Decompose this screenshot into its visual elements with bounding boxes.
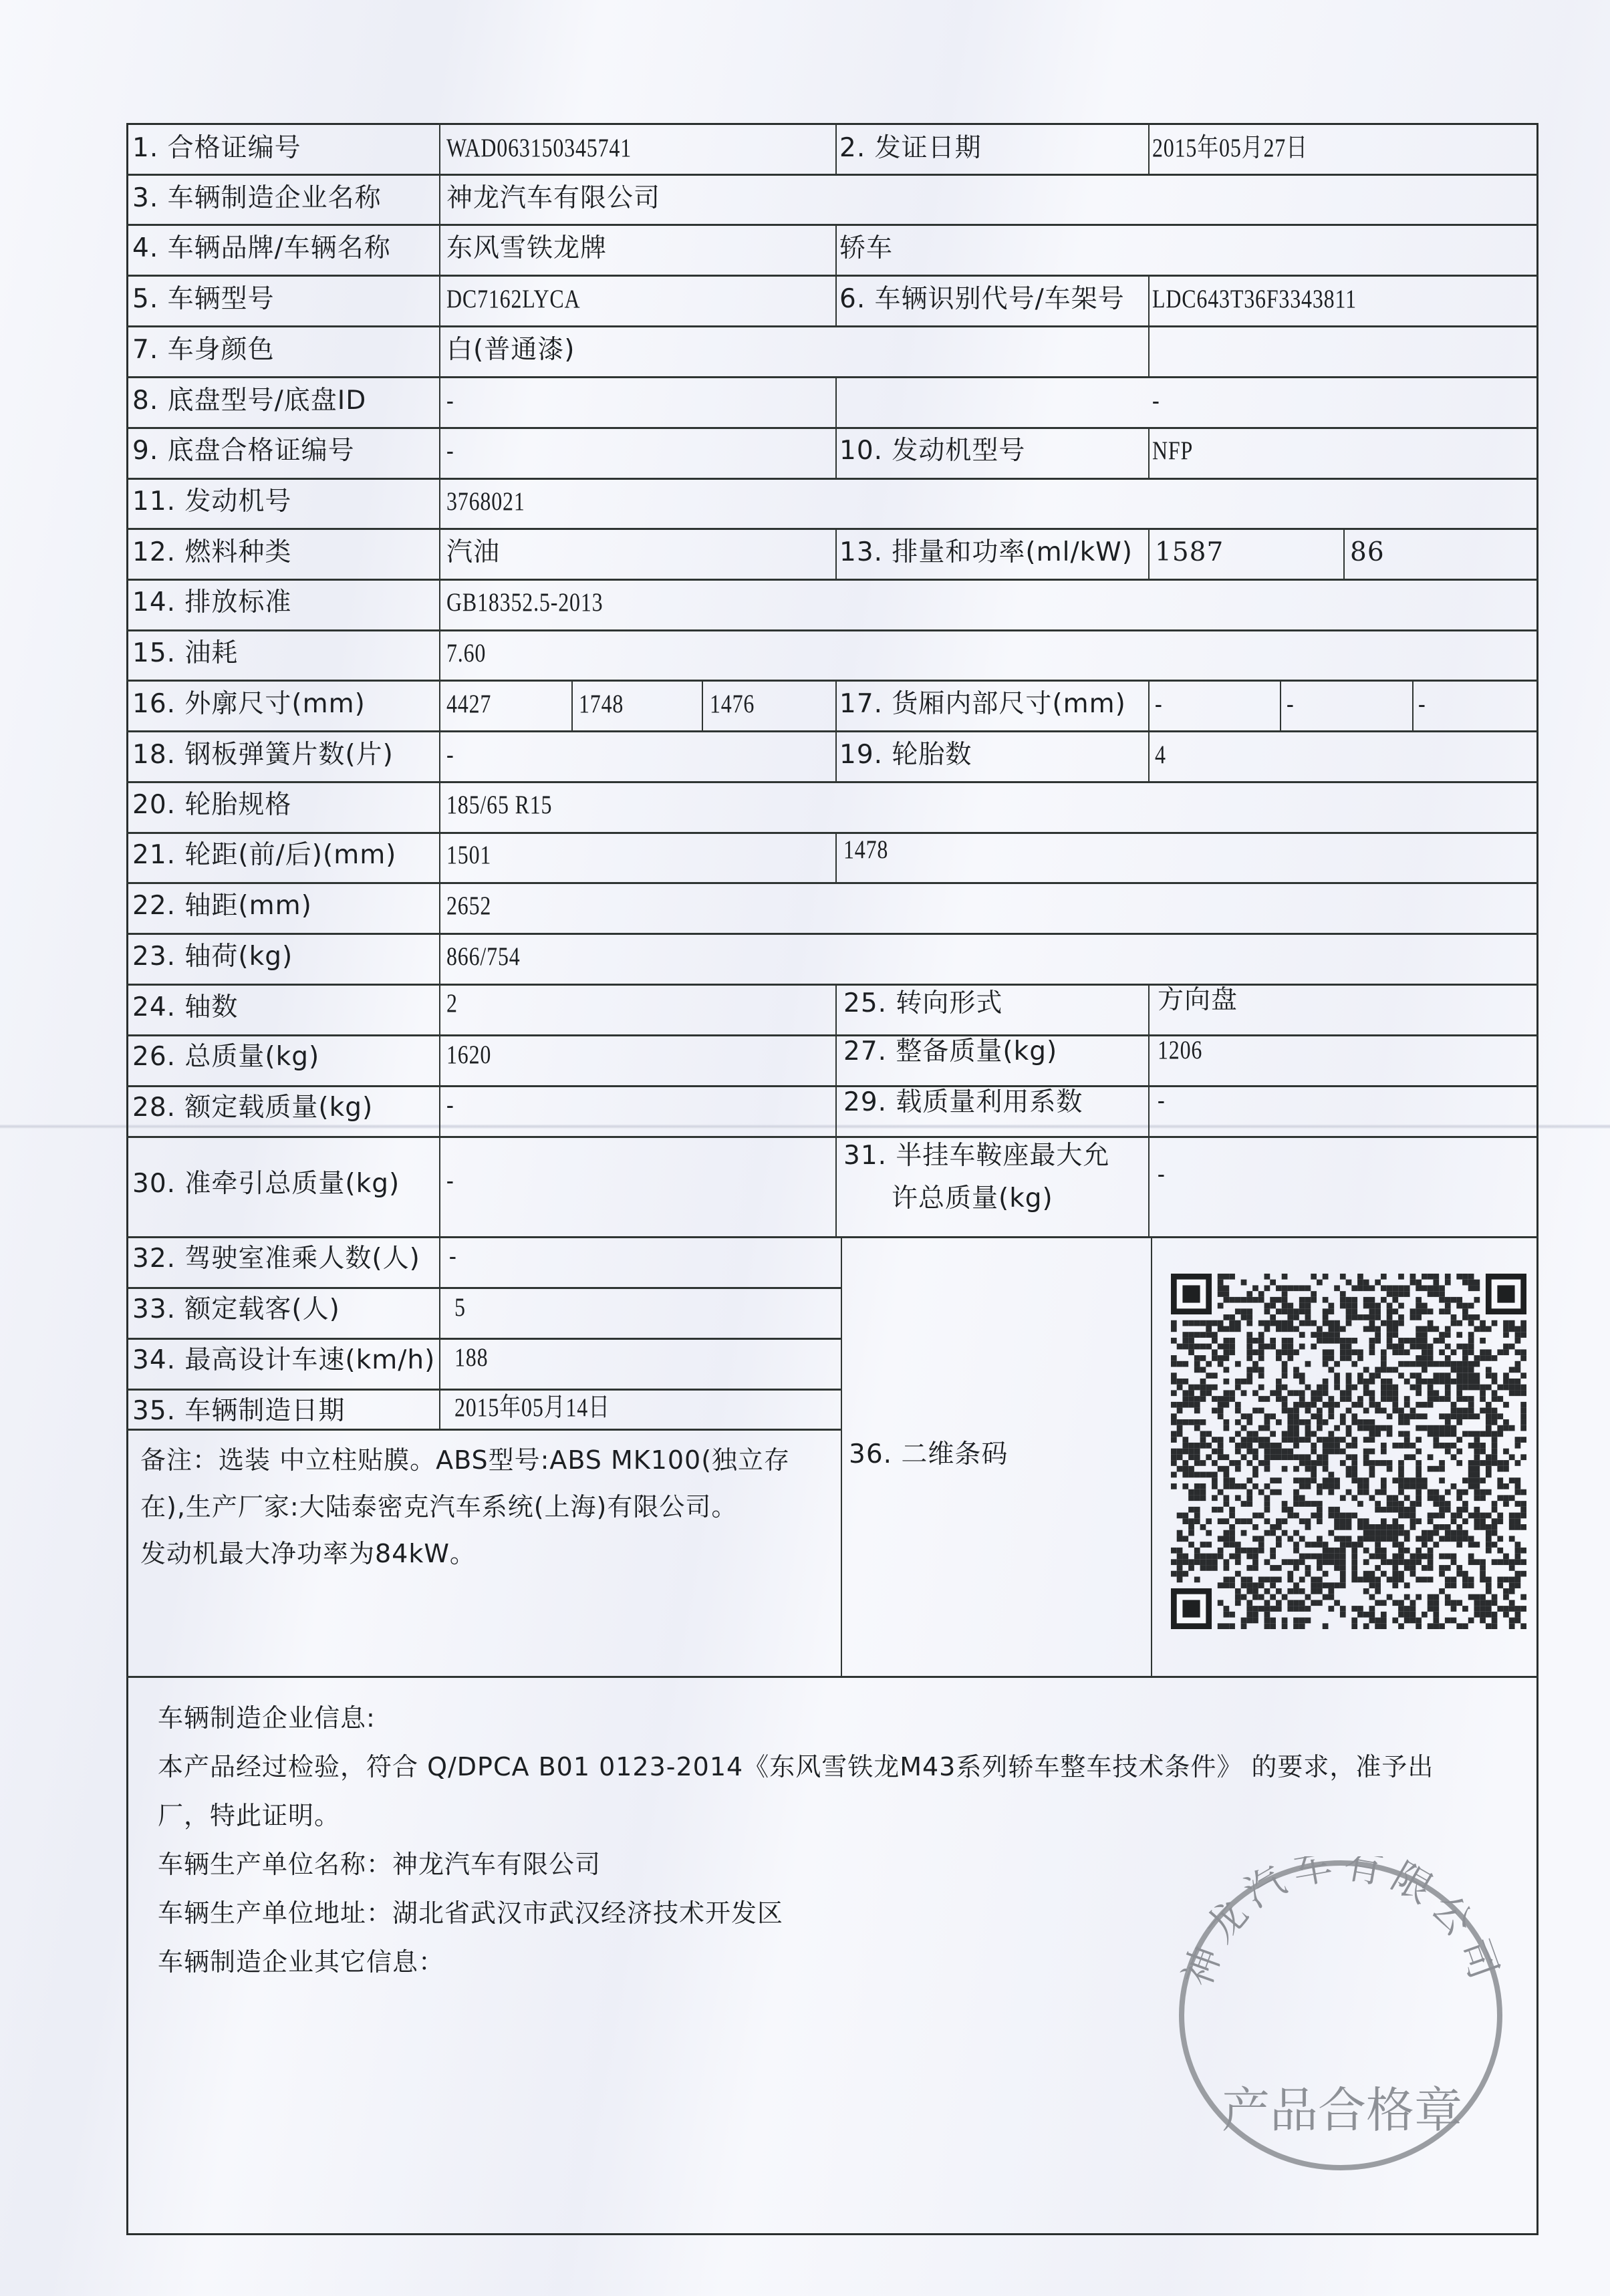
table-divider — [439, 123, 440, 1429]
value-track-rear: 1478 — [843, 835, 888, 865]
table-divider — [1148, 325, 1150, 376]
label-manufacturer: 3. 车辆制造企业名称 — [132, 184, 382, 213]
value-vin: LDC643T36F3343811 — [1152, 285, 1357, 314]
table-divider — [835, 984, 837, 1034]
value-chassis-model: - — [446, 386, 454, 416]
value-steering-type: 方向盘 — [1158, 986, 1238, 1015]
table-rule — [126, 680, 1538, 682]
table-divider — [841, 1236, 842, 1676]
table-rule — [126, 1136, 1538, 1138]
value-emission-standard: GB18352.5-2013 — [446, 588, 603, 617]
value-width: 1748 — [579, 690, 624, 719]
table-divider — [571, 680, 573, 730]
label-saddle-mass-line2: 许总质量(kg) — [892, 1184, 1053, 1213]
value-cargo-length: - — [1155, 690, 1162, 719]
value-chassis-id: - — [1152, 386, 1160, 416]
label-fuel-type: 12. 燃料种类 — [132, 538, 291, 567]
table-rule — [126, 1338, 841, 1340]
value-chassis-cert: - — [446, 436, 454, 466]
table-divider — [835, 275, 837, 325]
value-axle-count: 2 — [446, 989, 458, 1018]
value-engine-model: NFP — [1152, 436, 1193, 466]
value-body-color: 白(普通漆) — [446, 335, 575, 365]
svg-text:产品合格章: 产品合格章 — [1222, 2082, 1462, 2138]
remarks: 备注：选装 中立柱贴膜。ABS型号:ABS MK100(独立存 在),生产厂家:… — [140, 1437, 835, 1577]
table-divider — [835, 730, 837, 781]
table-rule — [126, 579, 1538, 581]
value-track-front: 1501 — [446, 841, 491, 870]
label-towing-mass: 30. 准牵引总质量(kg) — [132, 1169, 400, 1199]
table-rule — [126, 1676, 1538, 1678]
label-axle-load: 23. 轴荷(kg) — [132, 942, 293, 972]
label-rated-passengers: 33. 额定载客(人) — [132, 1295, 340, 1324]
table-divider — [835, 376, 837, 427]
table-divider — [1148, 123, 1150, 174]
remarks-line-1: 备注：选装 中立柱贴膜。ABS型号:ABS MK100(独立存 — [140, 1437, 835, 1483]
label-saddle-mass-line1: 31. 半挂车鞍座最大允 — [843, 1141, 1109, 1171]
table-rule — [126, 275, 1538, 277]
label-load-utilization: 29. 载质量利用系数 — [843, 1088, 1083, 1117]
value-manufacture-date: 2015年05月14日 — [454, 1393, 610, 1423]
table-rule — [126, 832, 1538, 834]
value-rated-passengers: 5 — [454, 1293, 466, 1322]
table-divider — [1148, 1085, 1150, 1136]
table-divider — [1148, 275, 1150, 325]
value-displacement: 1587 — [1155, 538, 1224, 567]
label-engine-model: 10. 发动机型号 — [839, 436, 1025, 466]
label-qr-code: 36. 二维条码 — [849, 1440, 1008, 1469]
remarks-line-3: 发动机最大净功率为84kW。 — [140, 1530, 835, 1577]
label-tire-count: 19. 轮胎数 — [839, 740, 972, 770]
label-tire-spec: 20. 轮胎规格 — [132, 791, 291, 820]
label-vehicle-model: 5. 车辆型号 — [132, 285, 275, 314]
table-divider — [1343, 528, 1345, 579]
table-divider — [1148, 528, 1150, 579]
table-rule — [126, 376, 1538, 378]
table-rule — [126, 1236, 1538, 1238]
label-cab-passengers: 32. 驾驶室准乘人数(人) — [132, 1244, 420, 1274]
table-divider — [1151, 1236, 1152, 1676]
table-divider — [835, 123, 837, 174]
table-rule — [126, 730, 1538, 732]
remarks-line-2: 在),生产厂家:大陆泰密克汽车系统(上海)有限公司。 — [140, 1483, 835, 1530]
table-divider — [835, 1034, 837, 1085]
label-body-color: 7. 车身颜色 — [132, 335, 275, 365]
label-gross-mass: 26. 总质量(kg) — [132, 1042, 319, 1072]
table-rule — [126, 427, 1538, 429]
table-divider — [1412, 680, 1414, 730]
label-brand-name: 4. 车辆品牌/车辆名称 — [132, 234, 391, 263]
label-cargo-dimensions: 17. 货厢内部尺寸(mm) — [839, 690, 1126, 719]
table-divider — [1148, 427, 1150, 478]
table-rule — [126, 629, 1538, 631]
table-divider — [1148, 680, 1150, 730]
table-rule — [126, 882, 1538, 884]
table-rule — [126, 781, 1538, 783]
enterprise-heading: 车辆制造企业信息: — [158, 1694, 1521, 1743]
table-divider — [1148, 1034, 1150, 1085]
label-leaf-springs: 18. 钢板弹簧片数(片) — [132, 740, 394, 770]
enterprise-statement-2: 厂，特此证明。 — [158, 1791, 1521, 1840]
table-divider — [835, 224, 837, 275]
value-cargo-height: - — [1418, 690, 1426, 719]
table-divider — [702, 680, 703, 730]
value-gross-mass: 1620 — [446, 1040, 491, 1070]
value-wheelbase: 2652 — [446, 891, 491, 921]
value-towing-mass: - — [446, 1166, 454, 1195]
table-rule — [126, 528, 1538, 530]
svg-text:神龙汽车有限公司: 神龙汽车有限公司 — [1174, 1856, 1510, 1992]
table-rule — [126, 224, 1538, 226]
table-rule — [126, 325, 1538, 327]
table-divider — [1280, 680, 1281, 730]
table-divider — [835, 528, 837, 579]
table-rule — [126, 1085, 1538, 1087]
value-power: 86 — [1350, 538, 1385, 567]
label-engine-number: 11. 发动机号 — [132, 487, 291, 517]
value-saddle-mass: - — [1158, 1159, 1165, 1189]
value-tire-count: 4 — [1155, 740, 1166, 770]
table-divider — [835, 832, 837, 882]
value-rated-load: - — [446, 1091, 454, 1120]
table-rule — [126, 1389, 841, 1391]
table-rule — [126, 1429, 841, 1431]
label-emission-standard: 14. 排放标准 — [132, 588, 291, 617]
label-track-width: 21. 轮距(前/后)(mm) — [132, 841, 396, 870]
table-rule — [126, 933, 1538, 935]
value-manufacturer: 神龙汽车有限公司 — [446, 184, 660, 213]
label-vin: 6. 车辆识别代号/车架号 — [839, 285, 1125, 314]
value-issue-date: 2015年05月27日 — [1152, 134, 1308, 163]
label-issue-date: 2. 发证日期 — [839, 134, 982, 163]
label-fuel-consumption: 15. 油耗 — [132, 639, 238, 668]
value-height: 1476 — [710, 690, 755, 719]
value-tire-spec: 185/65 R15 — [446, 791, 552, 820]
table-divider — [835, 1136, 837, 1236]
value-cab-passengers: - — [449, 1242, 456, 1271]
company-seal-icon: 神龙汽车有限公司 产品合格章 — [1162, 1856, 1516, 2170]
value-fuel-type: 汽油 — [446, 538, 500, 567]
value-cargo-width: - — [1287, 690, 1294, 719]
value-vehicle-name: 轿车 — [839, 234, 893, 263]
table-divider — [1148, 984, 1150, 1034]
label-curb-mass: 27. 整备质量(kg) — [843, 1037, 1057, 1066]
label-outline-dimensions: 16. 外廓尺寸(mm) — [132, 690, 366, 719]
table-rule — [126, 1034, 1538, 1036]
value-vehicle-model: DC7162LYCA — [446, 285, 580, 314]
table-divider — [1148, 730, 1150, 781]
table-divider — [835, 680, 837, 730]
table-rule — [126, 984, 1538, 986]
table-rule — [126, 478, 1538, 480]
value-max-speed: 188 — [454, 1343, 488, 1373]
table-divider — [835, 427, 837, 478]
value-brand: 东风雪铁龙牌 — [446, 234, 607, 263]
value-engine-number: 3768021 — [446, 487, 525, 517]
label-steering-type: 25. 转向形式 — [843, 989, 1002, 1018]
value-length: 4427 — [446, 690, 491, 719]
value-fuel-consumption: 7.60 — [446, 639, 486, 668]
value-load-utilization: - — [1158, 1086, 1165, 1115]
qr-code-icon — [1171, 1274, 1526, 1629]
label-wheelbase: 22. 轴距(mm) — [132, 891, 312, 921]
value-leaf-springs: - — [446, 740, 454, 770]
table-rule — [126, 174, 1538, 176]
value-certificate-number: WAD063150345741 — [446, 134, 632, 163]
label-certificate-number: 1. 合格证编号 — [132, 134, 301, 163]
label-rated-load: 28. 额定载质量(kg) — [132, 1093, 373, 1123]
label-manufacture-date: 35. 车辆制造日期 — [132, 1397, 345, 1426]
table-divider — [1148, 1136, 1150, 1236]
label-axle-count: 24. 轴数 — [132, 993, 238, 1022]
table-divider — [835, 1085, 837, 1136]
table-rule — [126, 1287, 841, 1289]
value-axle-load: 866/754 — [446, 942, 521, 972]
label-max-speed: 34. 最高设计车速(km/h) — [132, 1346, 435, 1375]
label-displacement-power: 13. 排量和功率(ml/kW) — [839, 538, 1133, 567]
enterprise-statement-1: 本产品经过检验，符合 Q/DPCA B01 0123-2014《东风雪铁龙M43… — [158, 1743, 1521, 1791]
label-chassis-cert: 9. 底盘合格证编号 — [132, 436, 355, 466]
value-curb-mass: 1206 — [1158, 1036, 1202, 1065]
label-chassis-model: 8. 底盘型号/底盘ID — [132, 386, 366, 416]
